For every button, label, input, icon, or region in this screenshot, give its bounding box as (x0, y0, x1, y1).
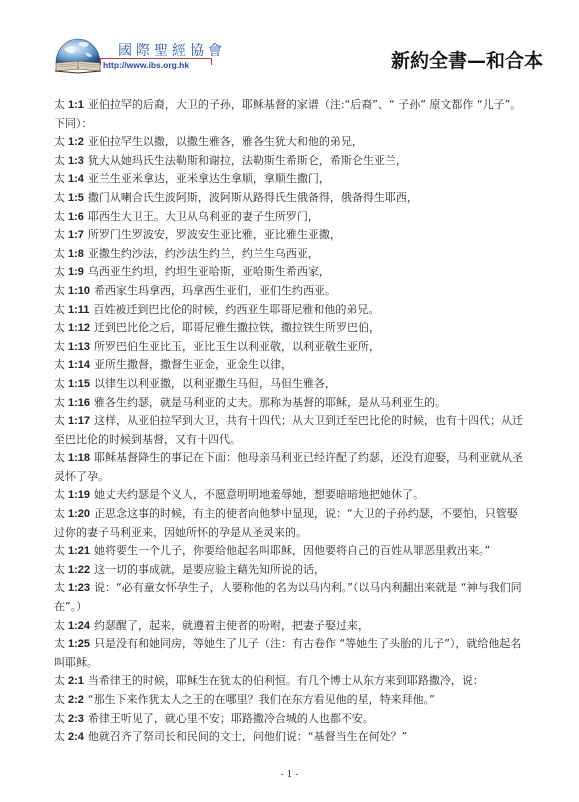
verse-book: 太 (54, 712, 65, 725)
verse: 太1:23说：“必有童女怀孕生子，人要称他的名为以马内利。”（以马内利翻出来就是… (54, 579, 526, 616)
ibs-logo: 國際聖經協會 http://www.ibs.org.hk (52, 31, 212, 81)
verse-book: 太 (54, 730, 65, 743)
verse-reference: 1:14 (68, 359, 90, 371)
verse-book: 太 (54, 210, 65, 223)
verse-text: 亚伯拉罕生以撒，以撒生雅各，雅各生犹大和他的弟兄， (88, 135, 363, 148)
verse: 太1:19她丈夫约瑟是个义人，不愿意明明地羞辱她，想要暗暗地把她休了。 (54, 486, 526, 505)
verse-text: 当希律王的时候，耶稣生在犹太的伯利恒。有几个博士从东方来到耶路撒冷，说： (88, 674, 484, 687)
verse-text: 乌西亚生约坦，约坦生亚哈斯，亚哈斯生希西家， (88, 265, 330, 278)
verse-text: 这样，从亚伯拉罕到大卫，共有十四代；从大卫到迁至巴比伦的时候，也有十四代；从迁至… (54, 414, 523, 446)
verse-text: 她丈夫约瑟是个义人，不愿意明明地羞辱她，想要暗暗地把她休了。 (94, 488, 424, 501)
verse-book: 太 (54, 377, 65, 390)
verse-reference: 1:23 (68, 582, 90, 594)
verse-reference: 1:24 (68, 620, 90, 632)
verse-book: 太 (54, 544, 65, 557)
verse: 太1:4亚兰生亚米拿达，亚米拿达生拿顺，拿顺生撒门， (54, 170, 526, 189)
verse-reference: 1:9 (68, 266, 84, 278)
verse-book: 太 (54, 358, 65, 371)
verse: 太2:2“那生下来作犹太人之王的在哪里？我们在东方看见他的星，特来拜他。” (54, 691, 526, 710)
verse-book: 太 (54, 247, 65, 260)
verse: 太2:3希律王听见了，就心里不安；耶路撒冷合城的人也都不安。 (54, 710, 526, 729)
verse-text: 希西家生玛拿西，玛拿西生亚们，亚们生约西亚。 (94, 284, 336, 297)
verse-reference: 1:1 (68, 99, 84, 111)
verse-text: 只是没有和她同房，等她生了儿子（注：有古卷作 “等她生了头胎的儿子”），就给他起… (54, 637, 521, 669)
verse-text: 所罗巴伯生亚比玉，亚比玉生以利亚敬，以利亚敬生亚所， (94, 340, 380, 353)
verse-reference: 1:8 (68, 248, 84, 260)
verse: 太1:2亚伯拉罕生以撒，以撒生雅各，雅各生犹大和他的弟兄， (54, 133, 526, 152)
verse-book: 太 (54, 228, 65, 241)
verse: 太1:9乌西亚生约坦，约坦生亚哈斯，亚哈斯生希西家， (54, 263, 526, 282)
verse-reference: 1:17 (68, 415, 90, 427)
verse: 太1:24约瑟醒了，起来，就遵着主使者的吩咐，把妻子娶过来， (54, 617, 526, 636)
document-title: 新約全書—和合本 (391, 46, 543, 73)
verse-text: “那生下来作犹太人之王的在哪里？我们在东方看见他的星，特来拜他。” (88, 693, 435, 706)
verse: 太1:18耶稣基督降生的事记在下面：他母亲马利亚已经许配了约瑟，还没有迎娶，马利… (54, 449, 526, 486)
verse-reference: 1:6 (68, 211, 84, 223)
verse-reference: 2:3 (68, 713, 84, 725)
verse: 太1:20正思念这事的时候，有主的使者向他梦中显现，说：“大卫的子孙约瑟，不要怕… (54, 505, 526, 542)
verse-book: 太 (54, 284, 65, 297)
verse: 太1:15以律生以利亚撒，以利亚撒生马但，马但生雅各， (54, 375, 526, 394)
verse-reference: 1:10 (68, 285, 90, 297)
verse-text: 雅各生约瑟，就是马利亚的丈夫。那称为基督的耶稣，是从马利亚生的。 (94, 396, 446, 409)
verse-book: 太 (54, 563, 65, 576)
verse-text: 他就召齐了祭司长和民间的文士，问他们说：“基督当生在何处？” (88, 730, 407, 743)
verse: 太1:5撒门从喇合氏生波阿斯，波阿斯从路得氏生俄备得，俄备得生耶西， (54, 189, 526, 208)
verse-text: 百姓被迁到巴比伦的时候，约西亚生耶哥尼雅和他的弟兄。 (93, 303, 379, 316)
verse-reference: 1:2 (68, 136, 84, 148)
verse-book: 太 (54, 581, 65, 594)
verse-text: 说：“必有童女怀孕生子，人要称他的名为以马内利。”（以马内利翻出来就是 “神与我… (54, 581, 522, 613)
verse: 太1:25只是没有和她同房，等她生了儿子（注：有古卷作 “等她生了头胎的儿子”）… (54, 635, 526, 672)
verse-reference: 1:16 (68, 397, 90, 409)
verse-reference: 1:19 (68, 489, 90, 501)
verse-text: 正思念这事的时候，有主的使者向他梦中显现，说：“大卫的子孙约瑟，不要怕，只管娶过… (54, 507, 518, 539)
verse: 太1:3犹大从她玛氏生法勒斯和谢拉，法勒斯生希斯仑，希斯仑生亚兰， (54, 152, 526, 171)
verse-reference: 1:13 (68, 341, 90, 353)
verse: 太1:8亚撒生约沙法，约沙法生约兰，约兰生乌西亚， (54, 245, 526, 264)
verse-book: 太 (54, 693, 65, 706)
page-header: 國際聖經協會 http://www.ibs.org.hk 新約全書—和合本 (0, 0, 579, 90)
verse-book: 太 (54, 451, 65, 464)
verse-book: 太 (54, 637, 65, 650)
verse-text: 她将要生一个儿子，你要给他起名叫耶稣，因他要将自己的百姓从罪恶里救出来。” (94, 544, 490, 557)
verse: 太1:10希西家生玛拿西，玛拿西生亚们，亚们生约西亚。 (54, 282, 526, 301)
verse-book: 太 (54, 488, 65, 501)
verse: 太1:13所罗巴伯生亚比玉，亚比玉生以利亚敬，以利亚敬生亚所， (54, 338, 526, 357)
verse-book: 太 (54, 674, 65, 687)
verse-reference: 2:4 (68, 731, 84, 743)
verse-reference: 1:3 (68, 155, 84, 167)
verse-text: 这一切的事成就，是要应验主藉先知所说的话， (94, 563, 325, 576)
verse-reference: 1:7 (68, 229, 84, 241)
verse-book: 太 (54, 265, 65, 278)
verse: 太1:11百姓被迁到巴比伦的时候，约西亚生耶哥尼雅和他的弟兄。 (54, 301, 526, 320)
org-name: 國際聖經協會 (118, 40, 226, 60)
verse-text: 亚兰生亚米拿达，亚米拿达生拿顺，拿顺生撒门， (88, 172, 330, 185)
verse-book: 太 (54, 191, 65, 204)
verse-reference: 1:12 (68, 322, 90, 334)
verse-text: 迁到巴比伦之后，耶哥尼雅生撒拉铁，撒拉铁生所罗巴伯， (94, 321, 380, 334)
verse-book: 太 (54, 135, 65, 148)
verse-text: 亚撒生约沙法，约沙法生约兰，约兰生乌西亚， (88, 247, 319, 260)
verse: 太1:6耶西生大卫王。大卫从乌利亚的妻子生所罗门， (54, 208, 526, 227)
verse-book: 太 (54, 172, 65, 185)
verse-text: 亚伯拉罕的后裔，大卫的子孙，耶稣基督的家谱（注:“后裔”、“ 子孙” 原文都作 … (54, 98, 521, 130)
verse-book: 太 (54, 154, 65, 167)
verse-text: 犹大从她玛氏生法勒斯和谢拉，法勒斯生希斯仑，希斯仑生亚兰， (88, 154, 407, 167)
verse-reference: 1:25 (68, 638, 90, 650)
verse-reference: 2:2 (68, 694, 84, 706)
verse-reference: 1:11 (68, 304, 89, 316)
verse: 太1:16雅各生约瑟，就是马利亚的丈夫。那称为基督的耶稣，是从马利亚生的。 (54, 394, 526, 413)
verse-text: 所罗门生罗波安，罗波安生亚比雅，亚比雅生亚撒， (88, 228, 341, 241)
verse-reference: 1:20 (68, 508, 90, 520)
verse-reference: 1:5 (68, 192, 84, 204)
verse-book: 太 (54, 303, 65, 316)
verse: 太1:12迁到巴比伦之后，耶哥尼雅生撒拉铁，撒拉铁生所罗巴伯， (54, 319, 526, 338)
verse-reference: 1:22 (68, 564, 90, 576)
verse: 太2:1当希律王的时候，耶稣生在犹太的伯利恒。有几个博士从东方来到耶路撒冷，说： (54, 672, 526, 691)
verse-reference: 1:21 (68, 545, 90, 557)
verse-book: 太 (54, 507, 65, 520)
verse-book: 太 (54, 340, 65, 353)
org-url: http://www.ibs.org.hk (103, 60, 189, 70)
verse-book: 太 (54, 396, 65, 409)
verse-book: 太 (54, 414, 65, 427)
verse: 太1:22这一切的事成就，是要应验主藉先知所说的话， (54, 561, 526, 580)
verse: 太1:1亚伯拉罕的后裔，大卫的子孙，耶稣基督的家谱（注:“后裔”、“ 子孙” 原… (54, 96, 526, 133)
verse-text: 亚所生撒督，撒督生亚金，亚金生以律， (94, 358, 292, 371)
verse-text: 耶稣基督降生的事记在下面：他母亲马利亚已经许配了约瑟，还没有迎娶，马利亚就从圣灵… (54, 451, 523, 483)
scripture-text: 太1:1亚伯拉罕的后裔，大卫的子孙，耶稣基督的家谱（注:“后裔”、“ 子孙” 原… (54, 96, 526, 747)
verse: 太2:4他就召齐了祭司长和民间的文士，问他们说：“基督当生在何处？” (54, 728, 526, 747)
page-number: - 1 - (0, 770, 579, 780)
verse: 太1:21她将要生一个儿子，你要给他起名叫耶稣，因他要将自己的百姓从罪恶里救出来… (54, 542, 526, 561)
verse: 太1:7所罗门生罗波安，罗波安生亚比雅，亚比雅生亚撒， (54, 226, 526, 245)
verse-reference: 2:1 (68, 675, 84, 687)
verse-text: 约瑟醒了，起来，就遵着主使者的吩咐，把妻子娶过来， (94, 619, 369, 632)
verse: 太1:14亚所生撒督，撒督生亚金，亚金生以律， (54, 356, 526, 375)
verse-book: 太 (54, 98, 65, 111)
verse-reference: 1:18 (68, 452, 90, 464)
verse-text: 耶西生大卫王。大卫从乌利亚的妻子生所罗门， (88, 210, 319, 223)
verse: 太1:17这样，从亚伯拉罕到大卫，共有十四代；从大卫到迁至巴比伦的时候，也有十四… (54, 412, 526, 449)
verse-text: 以律生以利亚撒，以利亚撒生马但，马但生雅各， (94, 377, 336, 390)
verse-reference: 1:4 (68, 173, 84, 185)
verse-book: 太 (54, 321, 65, 334)
verse-text: 撒门从喇合氏生波阿斯，波阿斯从路得氏生俄备得，俄备得生耶西， (88, 191, 418, 204)
verse-reference: 1:15 (68, 378, 90, 390)
globe-open-bible-icon (52, 31, 104, 75)
verse-book: 太 (54, 619, 65, 632)
verse-text: 希律王听见了，就心里不安；耶路撒冷合城的人也都不安。 (88, 712, 374, 725)
